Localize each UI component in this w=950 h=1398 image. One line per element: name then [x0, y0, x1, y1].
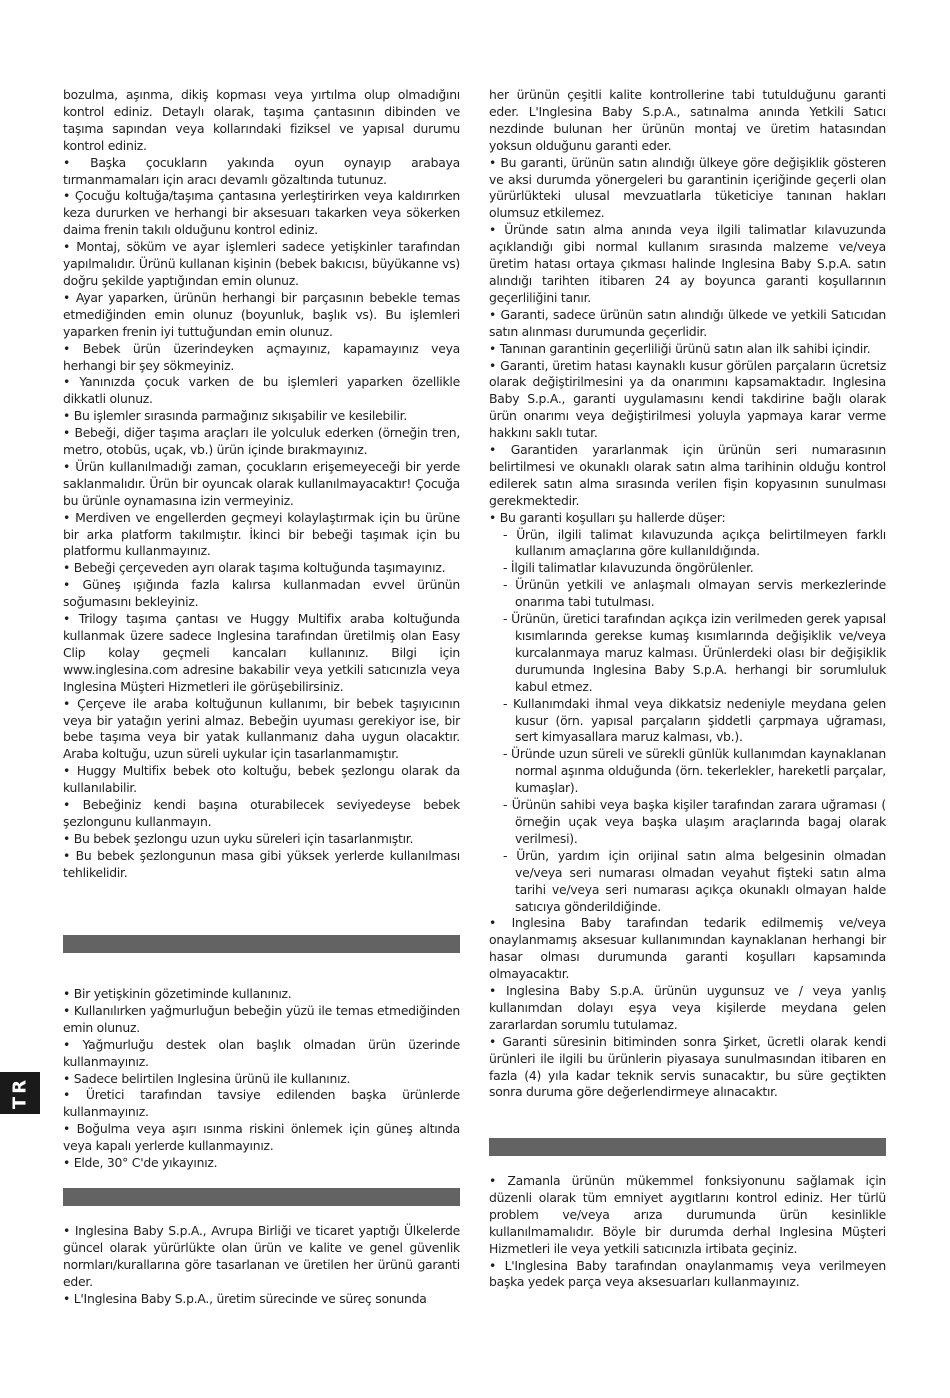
warning-item: Bu işlemler sırasında parmağınız sıkışab… — [63, 408, 460, 425]
warning-item: Çocuğu koltuğa/taşıma çantasına yerleşti… — [63, 188, 460, 239]
void-condition: Ürünün yetkili ve anlaşmalı olmayan serv… — [489, 577, 886, 611]
warning-item: Montaj, söküm ve ayar işlemleri sadece y… — [63, 239, 460, 290]
warning-item: Yanınızda çocuk varken de bu işlemleri y… — [63, 374, 460, 408]
raincover-item: Bir yetişkinin gözetiminde kullanınız. — [63, 986, 460, 1003]
warning-item: Bebeğiniz kendi başına oturabilecek sevi… — [63, 797, 460, 831]
warning-item: Çerçeve ile araba koltuğunun kullanımı, … — [63, 696, 460, 764]
warranty-item: Inglesina Baby S.p.A. ürünün uygunsuz ve… — [489, 983, 886, 1034]
warning-item: Başka çocukların yakında oyun oynayıp ar… — [63, 155, 460, 189]
raincover-item: Üretici tarafından tavsiye edilenden baş… — [63, 1087, 460, 1121]
warning-item: Huggy Multifix bebek oto koltuğu, bebek … — [63, 763, 460, 797]
section-header-bar-maintenance — [489, 1138, 886, 1156]
warranty-item: Inglesina Baby S.p.A., Avrupa Birliği ve… — [63, 1223, 460, 1291]
void-condition: Kullanımdaki ihmal veya dikkatsiz nedeni… — [489, 696, 886, 747]
warranty-item: Garanti, üretim hatası kaynaklı kusur gö… — [489, 358, 886, 443]
warning-item: Güneş ışığında fazla kalırsa kullanmadan… — [63, 577, 460, 611]
warning-item: Merdiven ve engellerden geçmeyi kolaylaş… — [63, 510, 460, 561]
warning-item: Bu bebek şezlongunun masa gibi yüksek ye… — [63, 848, 460, 882]
warranty-item: Bu garanti, ürünün satın alındığı ülkeye… — [489, 155, 886, 223]
warranty-item: Garanti süresinin bitiminden sonra Şirke… — [489, 1034, 886, 1102]
raincover-item: Elde, 30° C'de yıkayınız. — [63, 1155, 460, 1172]
section-header-bar-raincover — [63, 935, 460, 953]
void-condition: İlgili talimatlar kılavuzunda öngörülenl… — [489, 560, 886, 577]
void-condition: Ürün, ilgili talimat kılavuzunda açıkça … — [489, 527, 886, 561]
void-condition: Ürünün, üretici tarafından açıkça izin v… — [489, 611, 886, 696]
warning-item: Ayar yaparken, ürünün herhangi bir parça… — [63, 290, 460, 341]
warranty-item: L'Inglesina Baby S.p.A., üretim sürecind… — [63, 1291, 460, 1308]
warranty-item: Bu garanti koşulları şu hallerde düşer: — [489, 510, 886, 527]
warning-item: Bebeği çerçeveden ayrı olarak taşıma kol… — [63, 560, 460, 577]
maintenance-section: Zamanla ürünün mükemmel fonksiyonunu sağ… — [489, 1173, 886, 1291]
warning-item: Bebeği, diğer taşıma araçları ile yolcul… — [63, 425, 460, 459]
warning-item: Bebek ürün üzerindeyken açmayınız, kapam… — [63, 341, 460, 375]
maintenance-item: Zamanla ürünün mükemmel fonksiyonunu sağ… — [489, 1173, 886, 1258]
left-column: bozulma, aşınma, dikiş kopması veya yırt… — [63, 87, 460, 882]
void-condition: Ürünün sahibi veya başka kişiler tarafın… — [489, 797, 886, 848]
section-header-bar-warranty — [63, 1188, 460, 1206]
warranty-item: Tanınan garantinin geçerliliği ürünü sat… — [489, 341, 886, 358]
raincover-item: Sadece belirtilen Inglesina ürünü ile ku… — [63, 1071, 460, 1088]
raincover-item: Boğulma veya aşırı ısınma riskini önleme… — [63, 1121, 460, 1155]
warranty-section-left: Inglesina Baby S.p.A., Avrupa Birliği ve… — [63, 1223, 460, 1308]
warning-item: Trilogy taşıma çantası ve Huggy Multifix… — [63, 611, 460, 696]
raincover-item: Yağmurluğu destek olan başlık olmadan ür… — [63, 1037, 460, 1071]
void-condition: Üründe uzun süreli ve sürekli günlük kul… — [489, 746, 886, 797]
warranty-item: Garantiden yararlanmak için ürünün seri … — [489, 442, 886, 510]
raincover-section: Bir yetişkinin gözetiminde kullanınız. K… — [63, 986, 460, 1172]
warranty-item: Inglesina Baby tarafından tedarik edilme… — [489, 915, 886, 983]
warranty-item: Garanti, sadece ürünün satın alındığı ül… — [489, 307, 886, 341]
warning-item: Bu bebek şezlongu uzun uyku süreleri içi… — [63, 831, 460, 848]
raincover-item: Kullanılırken yağmurluğun bebeğin yüzü i… — [63, 1003, 460, 1037]
warranty-intro: her ürünün çeşitli kalite kontrollerine … — [489, 87, 886, 155]
language-tab: TR — [0, 1072, 40, 1114]
warning-item: Ürün kullanılmadığı zaman, çocukların er… — [63, 459, 460, 510]
right-column: her ürünün çeşitli kalite kontrollerine … — [489, 87, 886, 1101]
intro-paragraph: bozulma, aşınma, dikiş kopması veya yırt… — [63, 87, 460, 155]
warranty-item: Üründe satın alma anında veya ilgili tal… — [489, 222, 886, 307]
void-condition: Ürün, yardım için orijinal satın alma be… — [489, 848, 886, 916]
maintenance-item: L'Inglesina Baby tarafından onaylanmamış… — [489, 1258, 886, 1292]
language-tab-label: TR — [10, 1077, 31, 1109]
